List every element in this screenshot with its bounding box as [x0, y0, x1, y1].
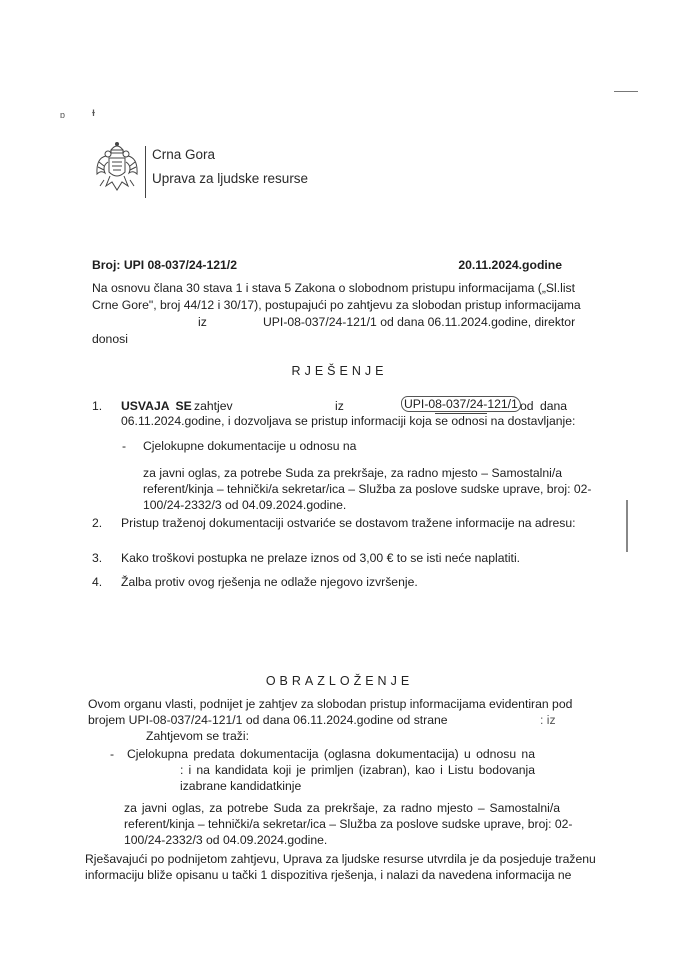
decision-item-1-number: 1.: [92, 399, 102, 413]
reasoning-p1-line-1: Ovom organu vlasti, podnijet je zahtjev …: [88, 697, 562, 711]
header-country: Crna Gora: [152, 147, 215, 162]
reasoning-p1-line-3: Zahtjevom se traži:: [146, 729, 249, 743]
decision-item-1-line-2: 06.11.2024.godine, i dozvoljava se prist…: [121, 414, 575, 428]
scan-mark: ɒ: [60, 110, 65, 120]
intro-line-4: donosi: [92, 332, 128, 346]
coat-of-arms-icon: [92, 140, 142, 196]
intro-line-1: Na osnovu člana 30 stava 1 i stava 5 Zak…: [92, 281, 562, 295]
margin-rule: [614, 91, 638, 92]
reasoning-p2-line-1: Rješavajući po podnijetom zahtjevu, Upra…: [85, 852, 562, 866]
decision-item-1-sub-1: za javni oglas, za potrebe Suda za prekr…: [143, 466, 562, 480]
reasoning-sub-3: 100/24-2332/3 od 04.09.2024.godine.: [124, 833, 327, 847]
reasoning-bullet-line-1: Cjelokupna predata dokumentacija (oglasn…: [127, 747, 535, 761]
document-number: Broj: UPI 08-037/24-121/2: [92, 258, 237, 272]
reasoning-p2-line-2: informaciju bliže opisanu u tački 1 disp…: [85, 868, 562, 882]
header-institution: Uprava za ljudske resurse: [152, 171, 308, 186]
reasoning-bullet-line-2: : i na kandidata koji je primljen (izabr…: [180, 763, 535, 777]
decision-item-2-text: Pristup traženoj dokumentaciji ostvariće…: [121, 516, 576, 530]
document-date: 20.11.2024.godine: [458, 258, 562, 272]
decision-item-1-lead: USVAJA SE: [121, 399, 192, 413]
intro-line-3: UPI-08-037/24-121/1 od dana 06.11.2024.g…: [263, 315, 562, 329]
decision-item-1-od-dana: od dana: [520, 399, 567, 413]
reasoning-sub-2: referent/kinja – tehnički/a sekretar/ica…: [124, 817, 560, 831]
decision-item-4-number: 4.: [92, 575, 102, 589]
scan-mark: ɫ: [92, 108, 95, 118]
decision-item-4-text: Žalba protiv ovog rješenja ne odlaže nje…: [121, 575, 418, 589]
decision-title: RJEŠENJE: [0, 364, 679, 378]
reasoning-p1-line-2: brojem UPI-08-037/24-121/1 od dana 06.11…: [88, 713, 433, 727]
reasoning-sub-1: za javni oglas, za potrebe Suda za prekr…: [124, 801, 560, 815]
decision-item-1-iz: iz: [335, 399, 344, 413]
margin-line: [626, 500, 628, 552]
decision-item-1-text: zahtjev: [194, 399, 233, 413]
bullet-dash: -: [122, 439, 126, 453]
decision-item-1-ref: UPI-08-037/24-121/1: [401, 397, 521, 411]
reasoning-title: OBRAZLOŽENJE: [0, 674, 679, 688]
reasoning-p1-iz: : iz: [540, 713, 556, 727]
decision-item-1-sub-2: referent/kinja – tehnički/a sekretar/ica…: [143, 482, 562, 496]
reasoning-bullet-line-3: izabrane kandidatkinje: [180, 779, 301, 793]
decision-item-2-number: 2.: [92, 516, 102, 530]
header-divider: [145, 146, 146, 198]
decision-item-3-text: Kako troškovi postupka ne prelaze iznos …: [121, 551, 520, 565]
intro-line-2: Crne Gore", broj 44/12 i 30/17), postupa…: [92, 298, 562, 312]
circled-reference: UPI-08-037/24-121/1: [401, 396, 521, 412]
decision-item-1-sub-3: 100/24-2332/3 od 04.09.2024.godine.: [143, 498, 346, 512]
intro-iz: iz: [198, 315, 207, 329]
decision-item-3-number: 3.: [92, 551, 102, 565]
decision-item-1-bullet: Cjelokupne dokumentacije u odnosu na: [143, 439, 356, 453]
bullet-dash: -: [110, 747, 114, 761]
